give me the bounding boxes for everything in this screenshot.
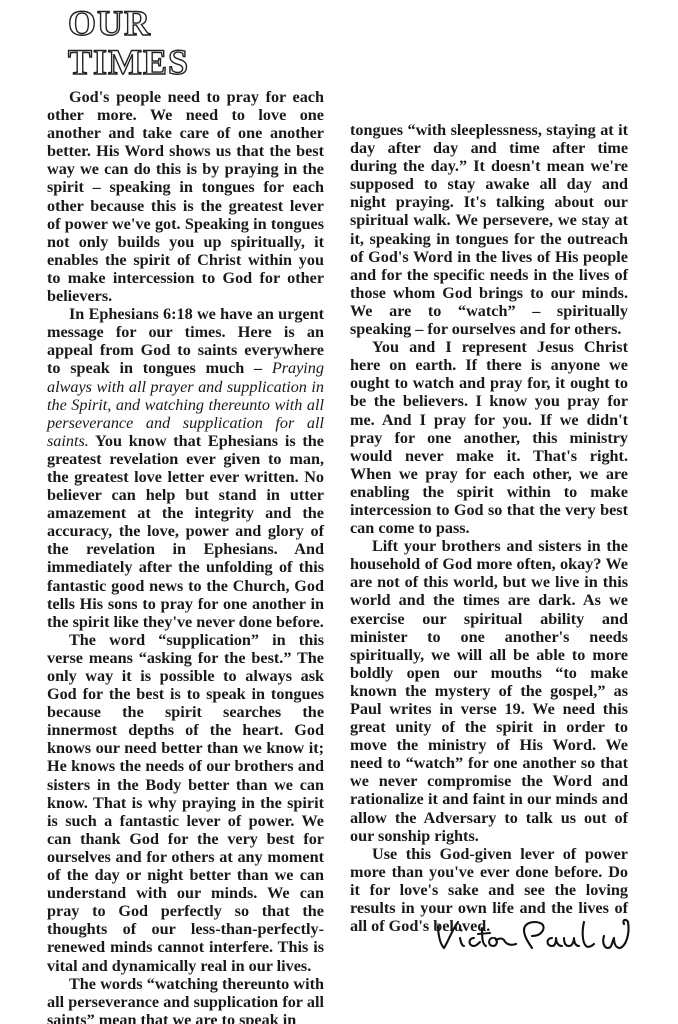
paragraph-5: You and I represent Jesus Christ here on… [350,338,628,537]
page-title: OUR TIMES [66,2,226,78]
author-signature [432,908,642,960]
paragraph-2: In Ephesians 6:18 we have an urgent mess… [47,305,324,631]
paragraph-3: The word “supplication” in this verse me… [47,631,324,975]
title-line-2: TIMES [68,42,189,78]
paragraph-1: God's people need to pray for each other… [47,88,324,305]
title-outline-lettering: OUR TIMES [66,2,226,78]
title-line-1: OUR [68,3,151,43]
paragraph-4: The words “watching thereunto with all p… [47,975,324,1024]
article-column-right: tongues “with sleeplessness, staying at … [350,121,628,935]
article-column-left: God's people need to pray for each other… [47,88,324,1024]
paragraph-2-body: You know that Ephesians is the greatest … [47,432,324,631]
handwritten-signature-icon [432,908,642,960]
paragraph-4-continued: tongues “with sleeplessness, staying at … [350,121,628,338]
paragraph-6: Lift your brothers and sisters in the ho… [350,537,628,845]
